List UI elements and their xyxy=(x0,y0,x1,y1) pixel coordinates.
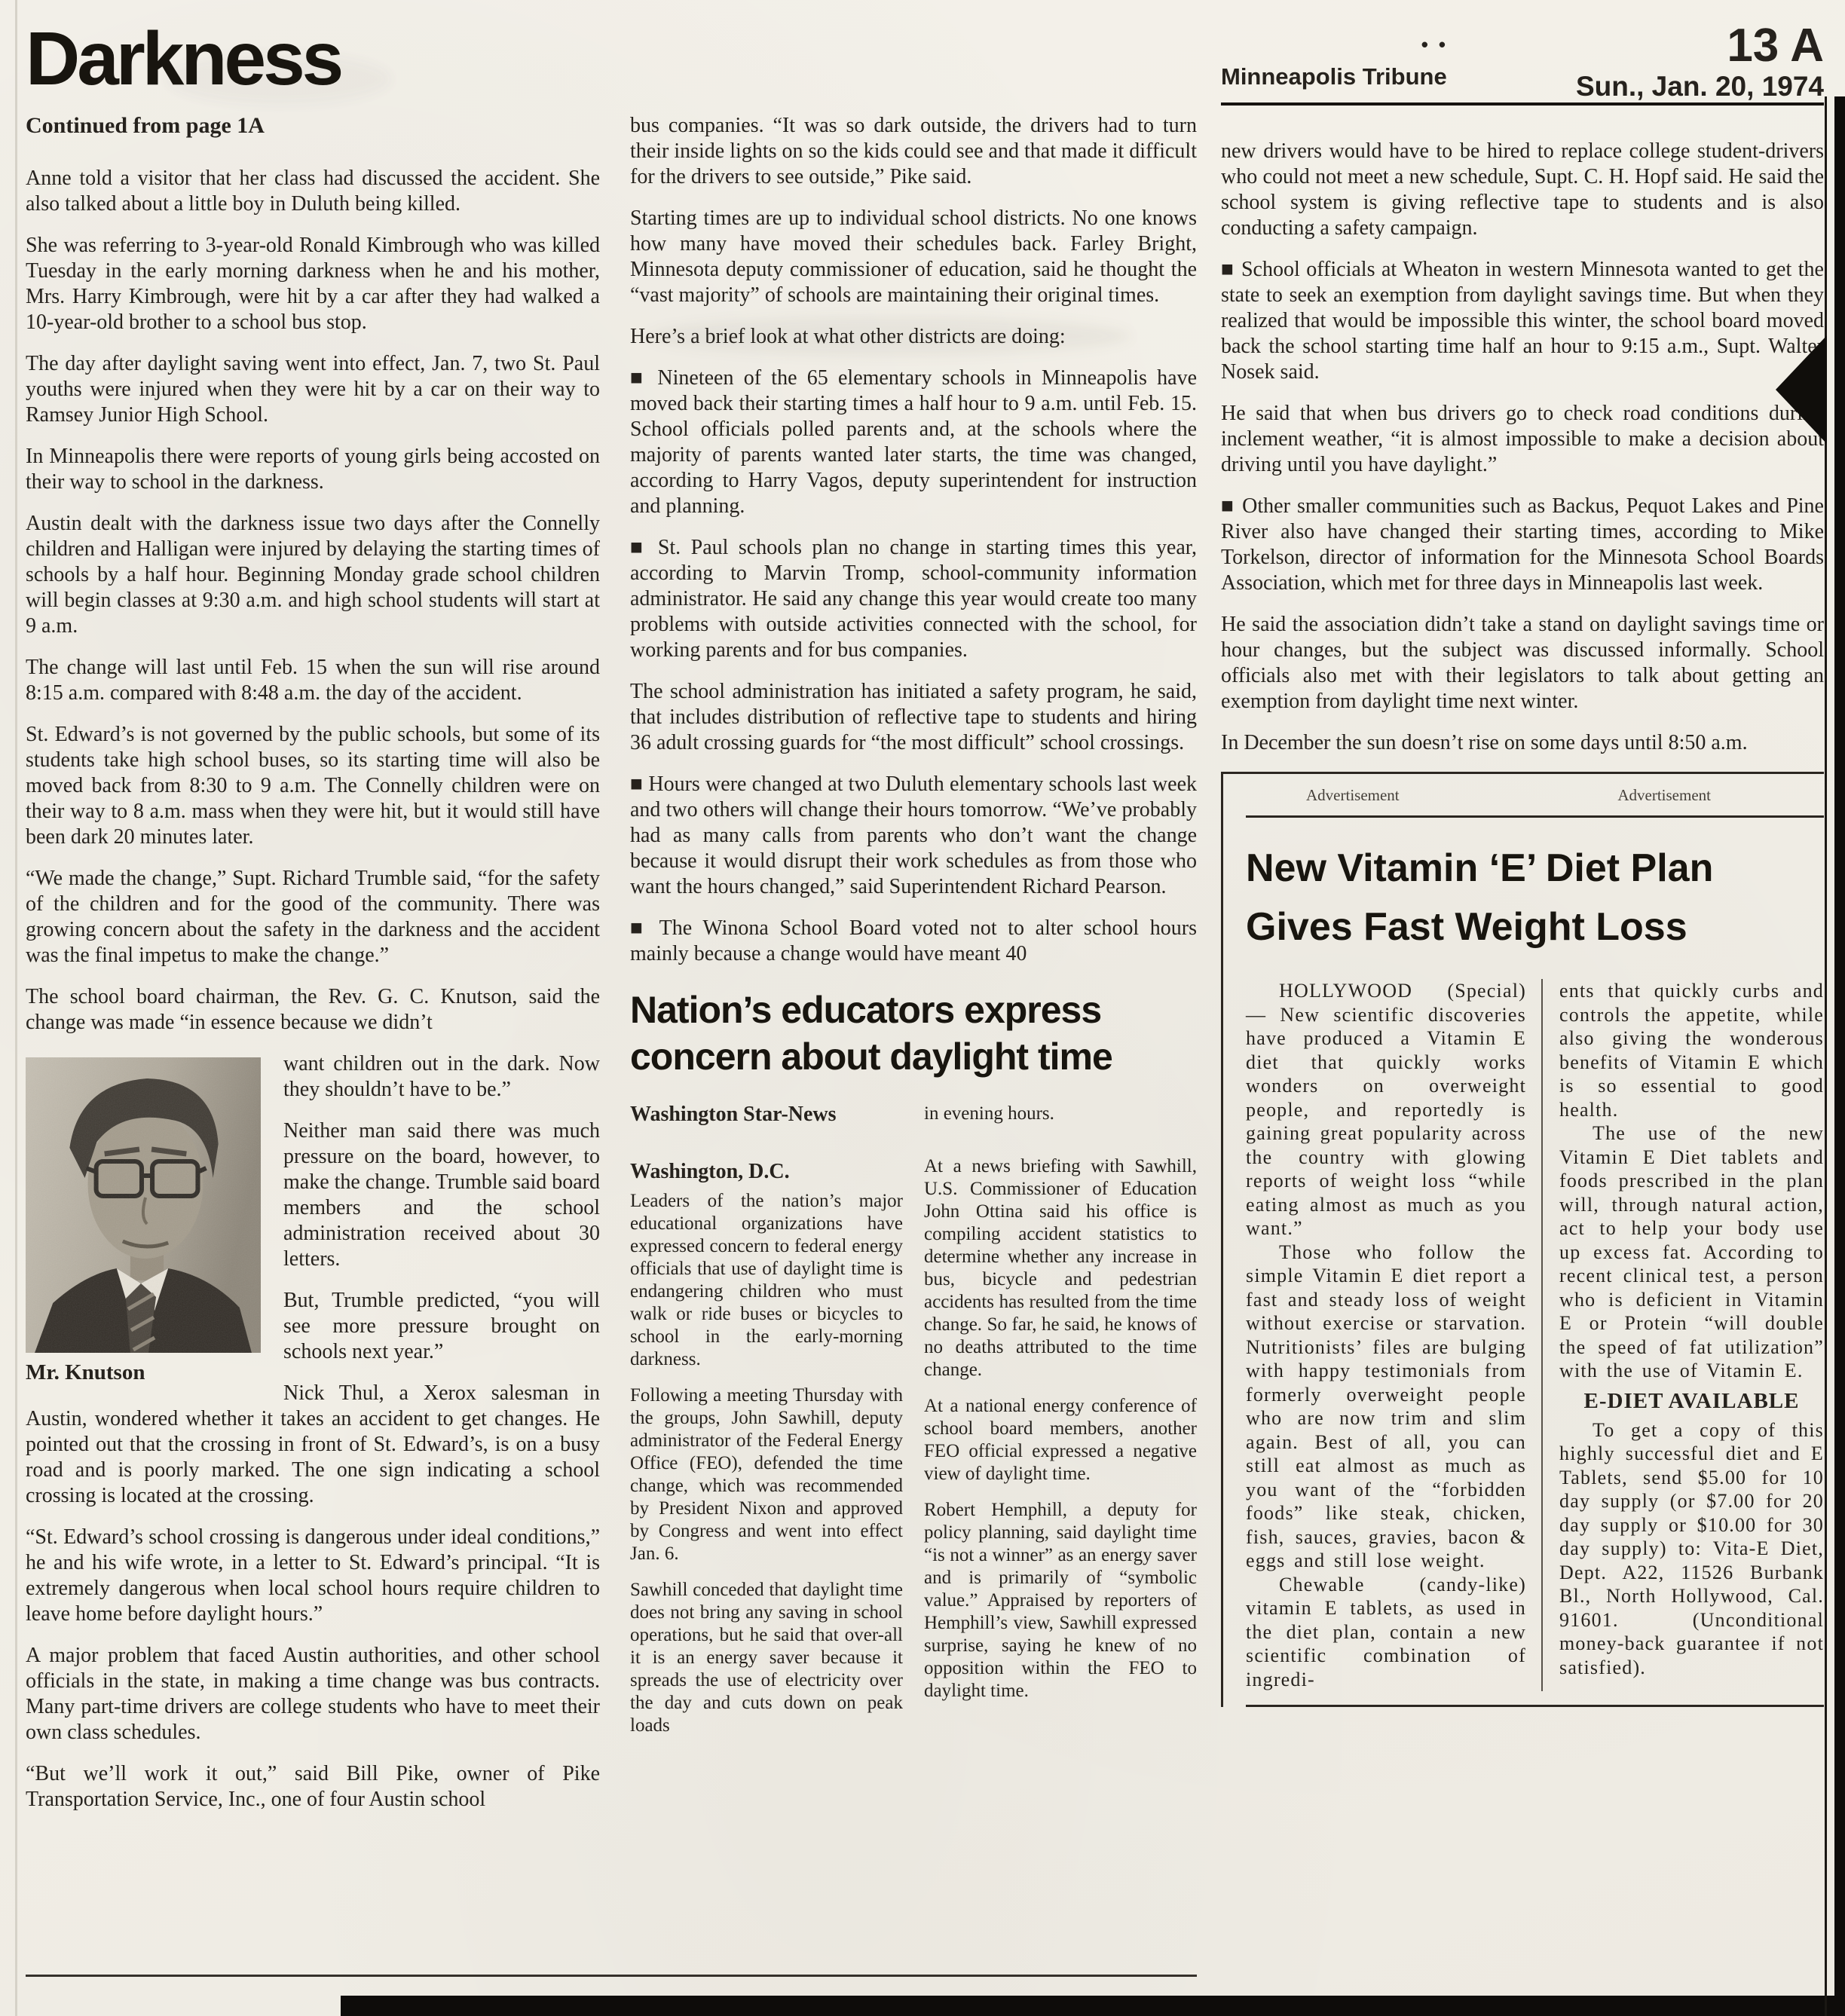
publication-name: Minneapolis Tribune xyxy=(1221,63,1447,90)
body-paragraph: At a news briefing with Sawhill, U.S. Co… xyxy=(924,1155,1197,1381)
ad-headline-line1: New Vitamin ‘E’ Diet Plan xyxy=(1246,846,1713,890)
ad-headline-line2: Gives Fast Weight Loss xyxy=(1246,905,1687,949)
body-paragraph: Robert Hemphill, a deputy for policy pla… xyxy=(924,1499,1197,1702)
body-paragraph: A major problem that faced Austin author… xyxy=(26,1643,600,1745)
body-paragraph: He said the association didn’t take a st… xyxy=(1221,612,1824,714)
ad-paragraph: Those who follow the simple Vitamin E di… xyxy=(1246,1240,1526,1573)
body-paragraph: Here’s a brief look at what other distri… xyxy=(630,324,1197,350)
ad-left-column: HOLLYWOOD (Special) — New scientific dis… xyxy=(1246,979,1543,1691)
column-darkness: Darkness Continued from page 1A Anne tol… xyxy=(26,21,600,1828)
body-paragraph: bus companies. “It was so dark outside, … xyxy=(630,113,1197,190)
educators-right-column: in evening hours. At a news briefing wit… xyxy=(924,1103,1197,1751)
photo-caption: Mr. Knutson xyxy=(26,1360,261,1385)
ad-headline: New Vitamin ‘E’ Diet Plan Gives Fast Wei… xyxy=(1246,839,1824,956)
body-paragraph: He said that when bus drivers go to chec… xyxy=(1221,401,1824,478)
article-headline-educators: Nation’s educators express concern about… xyxy=(630,987,1188,1080)
body-paragraph: Sawhill conceded that daylight time does… xyxy=(630,1579,903,1737)
advertisement-labels: Advertisement Advertisement xyxy=(1246,786,1824,805)
body-paragraph: “We made the change,” Supt. Richard Trum… xyxy=(26,866,600,968)
divider-rule xyxy=(1246,1705,1824,1707)
knutson-photo: Mr. Knutson xyxy=(26,1057,261,1385)
body-paragraph: The change will last until Feb. 15 when … xyxy=(26,655,600,706)
educators-subcolumns: Washington Star-News Washington, D.C. Le… xyxy=(630,1103,1197,1751)
body-paragraph: ■ Hours were changed at two Duluth eleme… xyxy=(630,772,1197,900)
column-right: Minneapolis Tribune •• 13 A Sun., Jan. 2… xyxy=(1221,23,1824,1707)
ad-right-column: ents that quickly curbs and controls the… xyxy=(1543,979,1824,1691)
page-number: 13 A xyxy=(1576,23,1824,69)
ad-paragraph: HOLLYWOOD (Special) — New scientific dis… xyxy=(1246,979,1526,1240)
body-paragraph: She was referring to 3-year-old Ronald K… xyxy=(26,233,600,335)
advertisement-label: Advertisement xyxy=(1617,786,1711,805)
issue-date: Sun., Jan. 20, 1974 xyxy=(1576,72,1824,100)
bottom-rule xyxy=(26,1975,1197,1977)
ad-subhead: E-DIET AVAILABLE xyxy=(1559,1389,1824,1414)
body-paragraph: in evening hours. xyxy=(924,1103,1197,1125)
portrait-photo-image xyxy=(26,1057,261,1353)
dateline: Washington, D.C. xyxy=(630,1160,903,1184)
page-left-edge xyxy=(15,0,17,2016)
body-paragraph: St. Edward’s is not governed by the publ… xyxy=(26,722,600,850)
body-paragraph: ■ Other smaller communities such as Back… xyxy=(1221,494,1824,596)
body-paragraph: Nick Thul, a Xerox salesman in Austin, w… xyxy=(26,1381,600,1509)
body-paragraph: The day after daylight saving went into … xyxy=(26,351,600,428)
scan-artifact-triangle xyxy=(1776,335,1827,444)
ad-paragraph: ents that quickly curbs and controls the… xyxy=(1559,979,1824,1121)
newspaper-page: Darkness Continued from page 1A Anne tol… xyxy=(0,0,1845,2016)
masthead-rule xyxy=(1221,102,1824,106)
body-paragraph: Following a meeting Thursday with the gr… xyxy=(630,1384,903,1565)
divider-rule xyxy=(1246,815,1824,818)
body-paragraph: “St. Edward’s school crossing is dangero… xyxy=(26,1525,600,1627)
body-paragraph: Starting times are up to individual scho… xyxy=(630,206,1197,308)
body-paragraph: Leaders of the nation’s major educationa… xyxy=(630,1190,903,1371)
body-paragraph: “But we’ll work it out,” said Bill Pike,… xyxy=(26,1761,600,1813)
educators-left-column: Washington Star-News Washington, D.C. Le… xyxy=(630,1103,903,1751)
masthead-dots: •• xyxy=(1421,33,1456,57)
body-paragraph: ■ The Winona School Board voted not to a… xyxy=(630,916,1197,967)
masthead: Minneapolis Tribune •• 13 A Sun., Jan. 2… xyxy=(1221,23,1824,95)
body-paragraph: At a national energy conference of schoo… xyxy=(924,1395,1197,1485)
body-paragraph: ■ Nineteen of the 65 elementary schools … xyxy=(630,366,1197,519)
ad-columns: HOLLYWOOD (Special) — New scientific dis… xyxy=(1246,979,1824,1691)
body-paragraph: Austin dealt with the darkness issue two… xyxy=(26,511,600,639)
ad-paragraph: The use of the new Vitamin E Diet tablet… xyxy=(1559,1121,1824,1383)
body-paragraph: ■ School officials at Wheaton in western… xyxy=(1221,257,1824,385)
ad-paragraph: Chewable (candy-like) vitamin E tablets,… xyxy=(1246,1573,1526,1692)
advertisement-box: Advertisement Advertisement New Vitamin … xyxy=(1221,774,1824,1707)
bottom-scan-bar xyxy=(341,1996,1845,2016)
advertisement-label: Advertisement xyxy=(1306,786,1400,805)
page-right-edge-bar xyxy=(1834,96,1845,2016)
body-paragraph: ■ St. Paul schools plan no change in sta… xyxy=(630,535,1197,663)
column-middle: bus companies. “It was so dark outside, … xyxy=(630,113,1197,1751)
ad-paragraph: To get a copy of this highly successful … xyxy=(1559,1418,1824,1680)
body-paragraph: In December the sun doesn’t rise on some… xyxy=(1221,730,1824,756)
byline: Washington Star-News xyxy=(630,1103,903,1127)
body-paragraph: In Minneapolis there were reports of you… xyxy=(26,444,600,495)
body-paragraph: Anne told a visitor that her class had d… xyxy=(26,166,600,217)
body-paragraph: The school board chairman, the Rev. G. C… xyxy=(26,984,600,1036)
continued-from-note: Continued from page 1A xyxy=(26,113,600,139)
body-paragraph: new drivers would have to be hired to re… xyxy=(1221,139,1824,241)
article-headline-darkness: Darkness xyxy=(26,21,600,96)
body-paragraph: The school administration has initiated … xyxy=(630,679,1197,756)
masthead-right: 13 A Sun., Jan. 20, 1974 xyxy=(1576,23,1824,100)
